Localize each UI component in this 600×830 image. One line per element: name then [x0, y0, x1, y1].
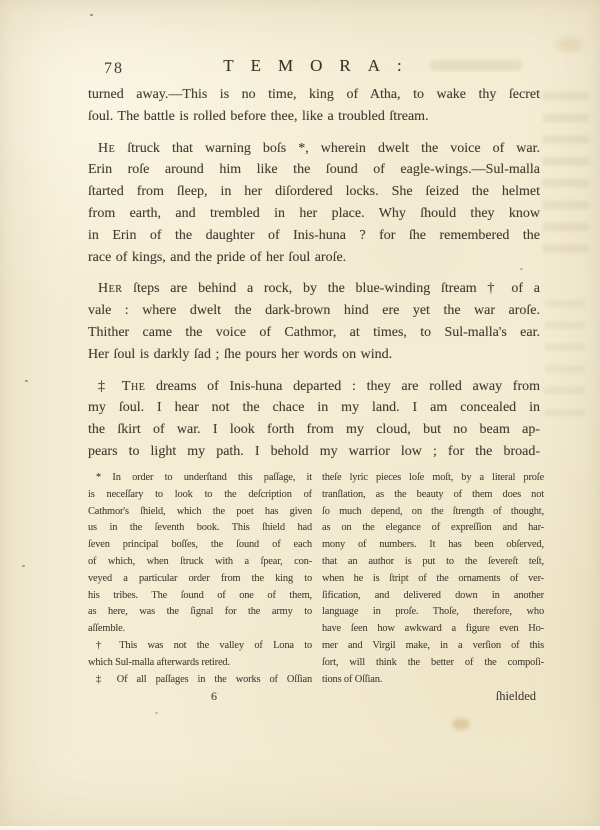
text-line: Thither came the voice of Cathmor, at ti… [88, 322, 540, 344]
paragraph-lead: Her [98, 281, 122, 296]
ink-speck [25, 380, 28, 382]
text-line: He ſtruck that warning boſs *, wherein d… [88, 138, 540, 160]
paper-stain [556, 38, 582, 52]
paragraph: Her ſteps are behind a rock, by the blue… [88, 278, 540, 365]
text-run: ſteps are behind a rock, by the blue-win… [122, 281, 540, 296]
footnote-line: tranſlation, as the beauty of them does … [322, 487, 544, 504]
text-line: Her ſteps are behind a rock, by the blue… [88, 278, 540, 300]
paragraph-lead: The [122, 379, 145, 394]
show-through-smudge [543, 92, 589, 260]
book-page: 78 TEMORA: turned away.—This is no time,… [0, 0, 600, 830]
text-line: from earth, and trembled in her place. W… [88, 203, 540, 225]
footnote-line: mer and Virgil make, in a verſion of thi… [322, 638, 544, 655]
page-title: TEMORA: [88, 56, 540, 76]
paragraph: turned away.—This is no time, king of At… [88, 84, 540, 128]
footnote-line: * In order to underſtand this paſſage, i… [88, 470, 312, 487]
footnote-line: us in the ſeventh book. This ſhield had [88, 520, 312, 537]
footnote-line: † This was not the valley of Lona to [88, 638, 312, 655]
footnote-line: have ſeen how awkward a figure even Ho- [322, 621, 544, 638]
footnote-line: theſe lyric pieces loſe moſt, by a liter… [322, 470, 544, 487]
page-header: 78 TEMORA: [88, 56, 540, 82]
text-line: my ſoul. I hear not the chace in my land… [88, 397, 540, 419]
footnote-line: aſſemble. [88, 621, 312, 638]
paragraph: ‡ The dreams of Inis-huna departed : the… [88, 376, 540, 463]
footnote-line: when he is ſtript of the ornaments of ve… [322, 571, 544, 588]
footnote-line: as here, was the ſignal for the army to [88, 604, 312, 621]
text-run: ſtruck that warning boſs *, wherein dwel… [115, 141, 540, 156]
footnote-line: ſeven principal boſſes, the ſound of eac… [88, 537, 312, 554]
footnote-line: veyed a particular order from the king t… [88, 571, 312, 588]
paragraph-lead: He [98, 141, 115, 156]
footnote-line: ſort, will think the better of the compo… [322, 655, 544, 672]
text-line: turned away.—This is no time, king of At… [88, 84, 540, 106]
text-line: ‡ The dreams of Inis-huna departed : the… [88, 376, 540, 398]
footnote-column-left: * In order to underſtand this paſſage, i… [88, 470, 312, 705]
double-dagger-mark: ‡ [98, 379, 122, 394]
text-line: vale : where dwelt the dark-brown hind e… [88, 300, 540, 322]
catchword: ſhielded [322, 688, 544, 705]
press-figure: 6 [88, 688, 312, 705]
footnote-line: ſo much depend, on the ſtrength of thoug… [322, 504, 544, 521]
footnote-line: Cathmor's ſhield, which the poet has giv… [88, 504, 312, 521]
body-text: turned away.—This is no time, king of At… [88, 84, 540, 463]
footnote-line: tions of Oſſian. [322, 672, 544, 689]
footnote-line: which Sul-malla afterwards retired. [88, 655, 312, 672]
footnote-line: ſification, and delivered down in anothe… [322, 588, 544, 605]
paper-stain [452, 718, 470, 730]
footnote-line: ‡ Of all paſſages in the works of Oſſian [88, 672, 312, 689]
scan-bottom-edge [0, 826, 600, 830]
footnote-line: as on the elegance of expreſſion and har… [322, 520, 544, 537]
text-line: Her ſoul is darkly ſad ; ſhe pours her w… [88, 344, 540, 366]
text-line: in Erin of the daughter of Inis-huna ? f… [88, 225, 540, 247]
paragraph: He ſtruck that warning boſs *, wherein d… [88, 138, 540, 269]
show-through-smudge [545, 300, 585, 420]
text-line: Erin roſe around him like the ſound of e… [88, 159, 540, 181]
text-run: dreams of Inis-huna departed : they are … [145, 379, 540, 394]
footnote-line: that an author is put to the ſevereſt te… [322, 554, 544, 571]
text-line: the ſkirt of war. I look forth from my c… [88, 419, 540, 441]
footnote-line: his tribes. The ſound of one of them, [88, 588, 312, 605]
text-line: ſtarted from ſleep, in her diſordered lo… [88, 181, 540, 203]
text-line: pears to light my path. I behold my warr… [88, 441, 540, 463]
footnote-line: of which, when ſtruck with a ſpear, con- [88, 554, 312, 571]
footnote-line: mony of numbers. It has been obſerved, [322, 537, 544, 554]
footnote-line: is neceſſary to look to the deſcription … [88, 487, 312, 504]
text-line: ſoul. The battle is rolled before thee, … [88, 106, 540, 128]
text-line: race of kings, and the pride of her ſoul… [88, 247, 540, 269]
footnote-column-right: theſe lyric pieces loſe moſt, by a liter… [322, 470, 544, 705]
footnote-line: language in proſe. Thoſe, therefore, who [322, 604, 544, 621]
